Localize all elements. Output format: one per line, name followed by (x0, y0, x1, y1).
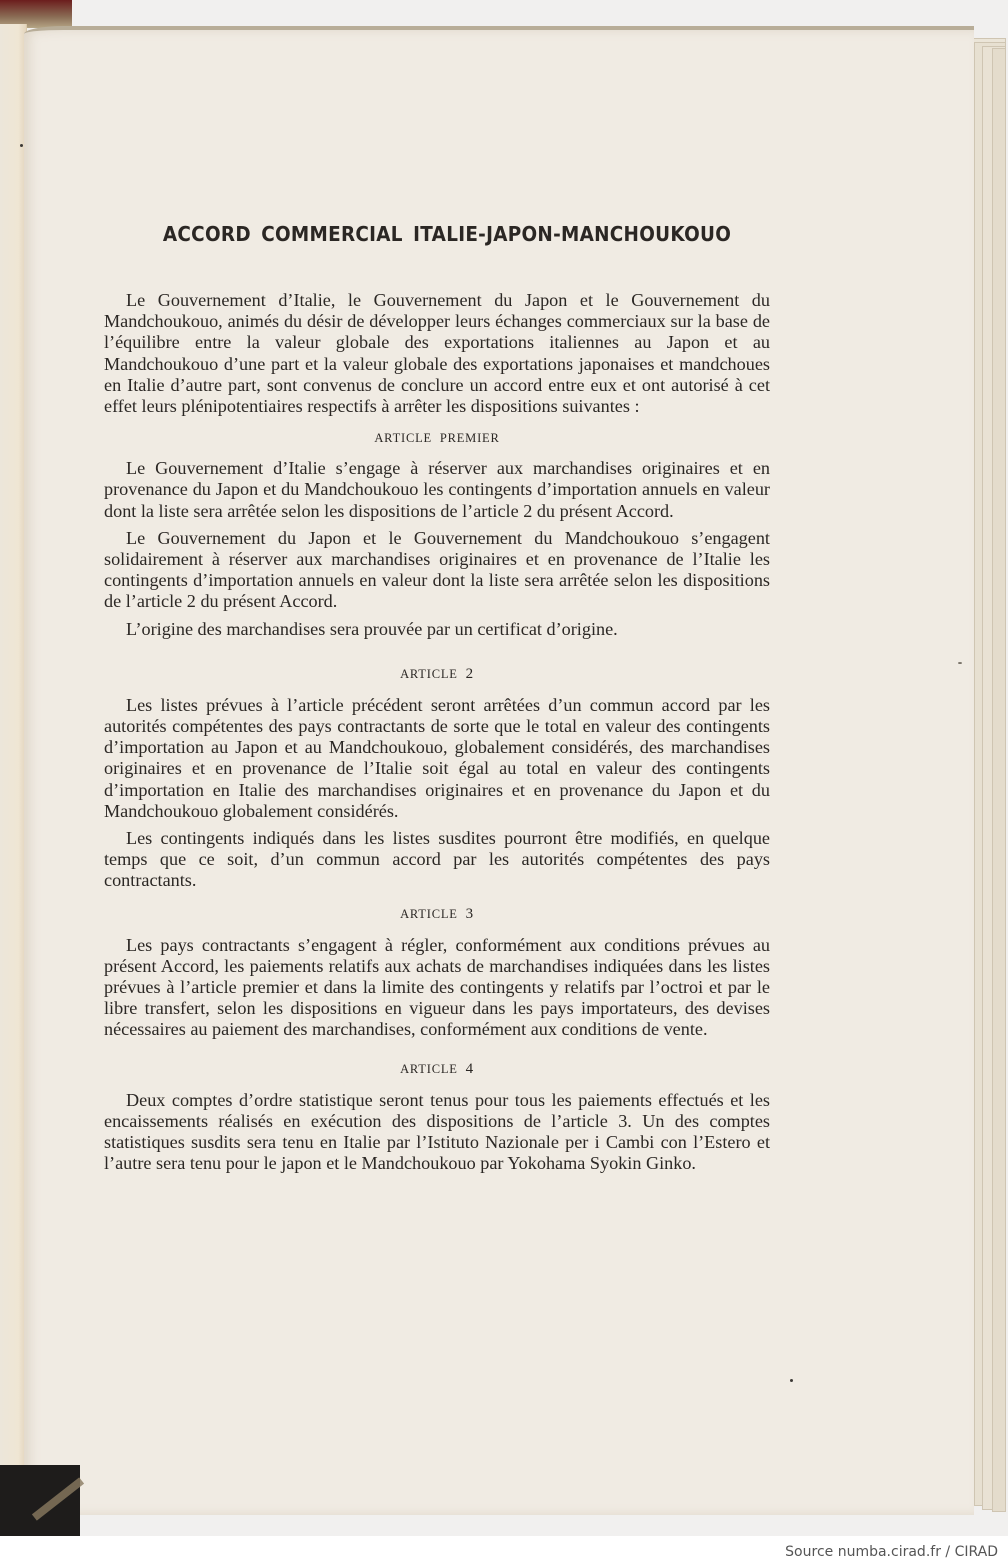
article-heading-num: PREMIER (440, 431, 500, 445)
paper-speck (20, 144, 23, 147)
article-heading-word: ARTICLE (374, 431, 432, 445)
article-heading-num: 2 (466, 666, 474, 682)
binding-cloth-bottom (0, 1465, 80, 1536)
preamble-paragraph: Le Gouvernement d’Italie, le Gouvernemen… (104, 290, 770, 417)
article-heading-word: ARTICLE (400, 907, 458, 921)
article-heading: ARTICLE 4 (104, 1061, 770, 1078)
source-credit: Source numba.cirad.fr / CIRAD (785, 1544, 998, 1560)
article-heading-word: ARTICLE (400, 1062, 458, 1076)
article-paragraph: Les listes prévues à l’article précédent… (104, 695, 770, 822)
article-paragraph: Les pays contractants s’engagent à régle… (104, 935, 770, 1041)
article-paragraph: Le Gouvernement d’Italie s’engage à rése… (104, 458, 770, 522)
article-paragraph: Deux comptes d’ordre statistique seront … (104, 1090, 770, 1175)
article-heading: ARTICLE 2 (104, 666, 770, 683)
article-3: ARTICLE 3 Les pays contractants s’engage… (104, 906, 770, 1041)
paper-speck (958, 662, 962, 664)
article-2: ARTICLE 2 Les listes prévues à l’article… (104, 666, 770, 892)
scanned-page-image: ACCORD COMMERCIAL ITALIE-JAPON-MANCHOUKO… (0, 0, 1008, 1536)
page-stack-edge (992, 48, 1006, 1512)
article-4: ARTICLE 4 Deux comptes d’ordre statistiq… (104, 1061, 770, 1175)
previous-page-edge (0, 24, 27, 1466)
article-paragraph: L’origine des marchandises sera prouvée … (104, 619, 770, 640)
article-paragraph: Le Gouvernement du Japon et le Gouvernem… (104, 528, 770, 613)
document-body: ACCORD COMMERCIAL ITALIE-JAPON-MANCHOUKO… (104, 222, 770, 1181)
article-paragraph: Les contingents indiqués dans les listes… (104, 828, 770, 892)
article-heading: ARTICLE 3 (104, 906, 770, 923)
article-premier: ARTICLE PREMIER Le Gouvernement d’Italie… (104, 431, 770, 640)
article-heading-word: ARTICLE (400, 667, 458, 681)
article-heading-num: 3 (466, 906, 474, 922)
document-title: ACCORD COMMERCIAL ITALIE-JAPON-MANCHOUKO… (150, 222, 744, 246)
article-heading: ARTICLE PREMIER (104, 431, 770, 446)
paper-speck (790, 1379, 793, 1382)
article-heading-num: 4 (466, 1061, 474, 1077)
